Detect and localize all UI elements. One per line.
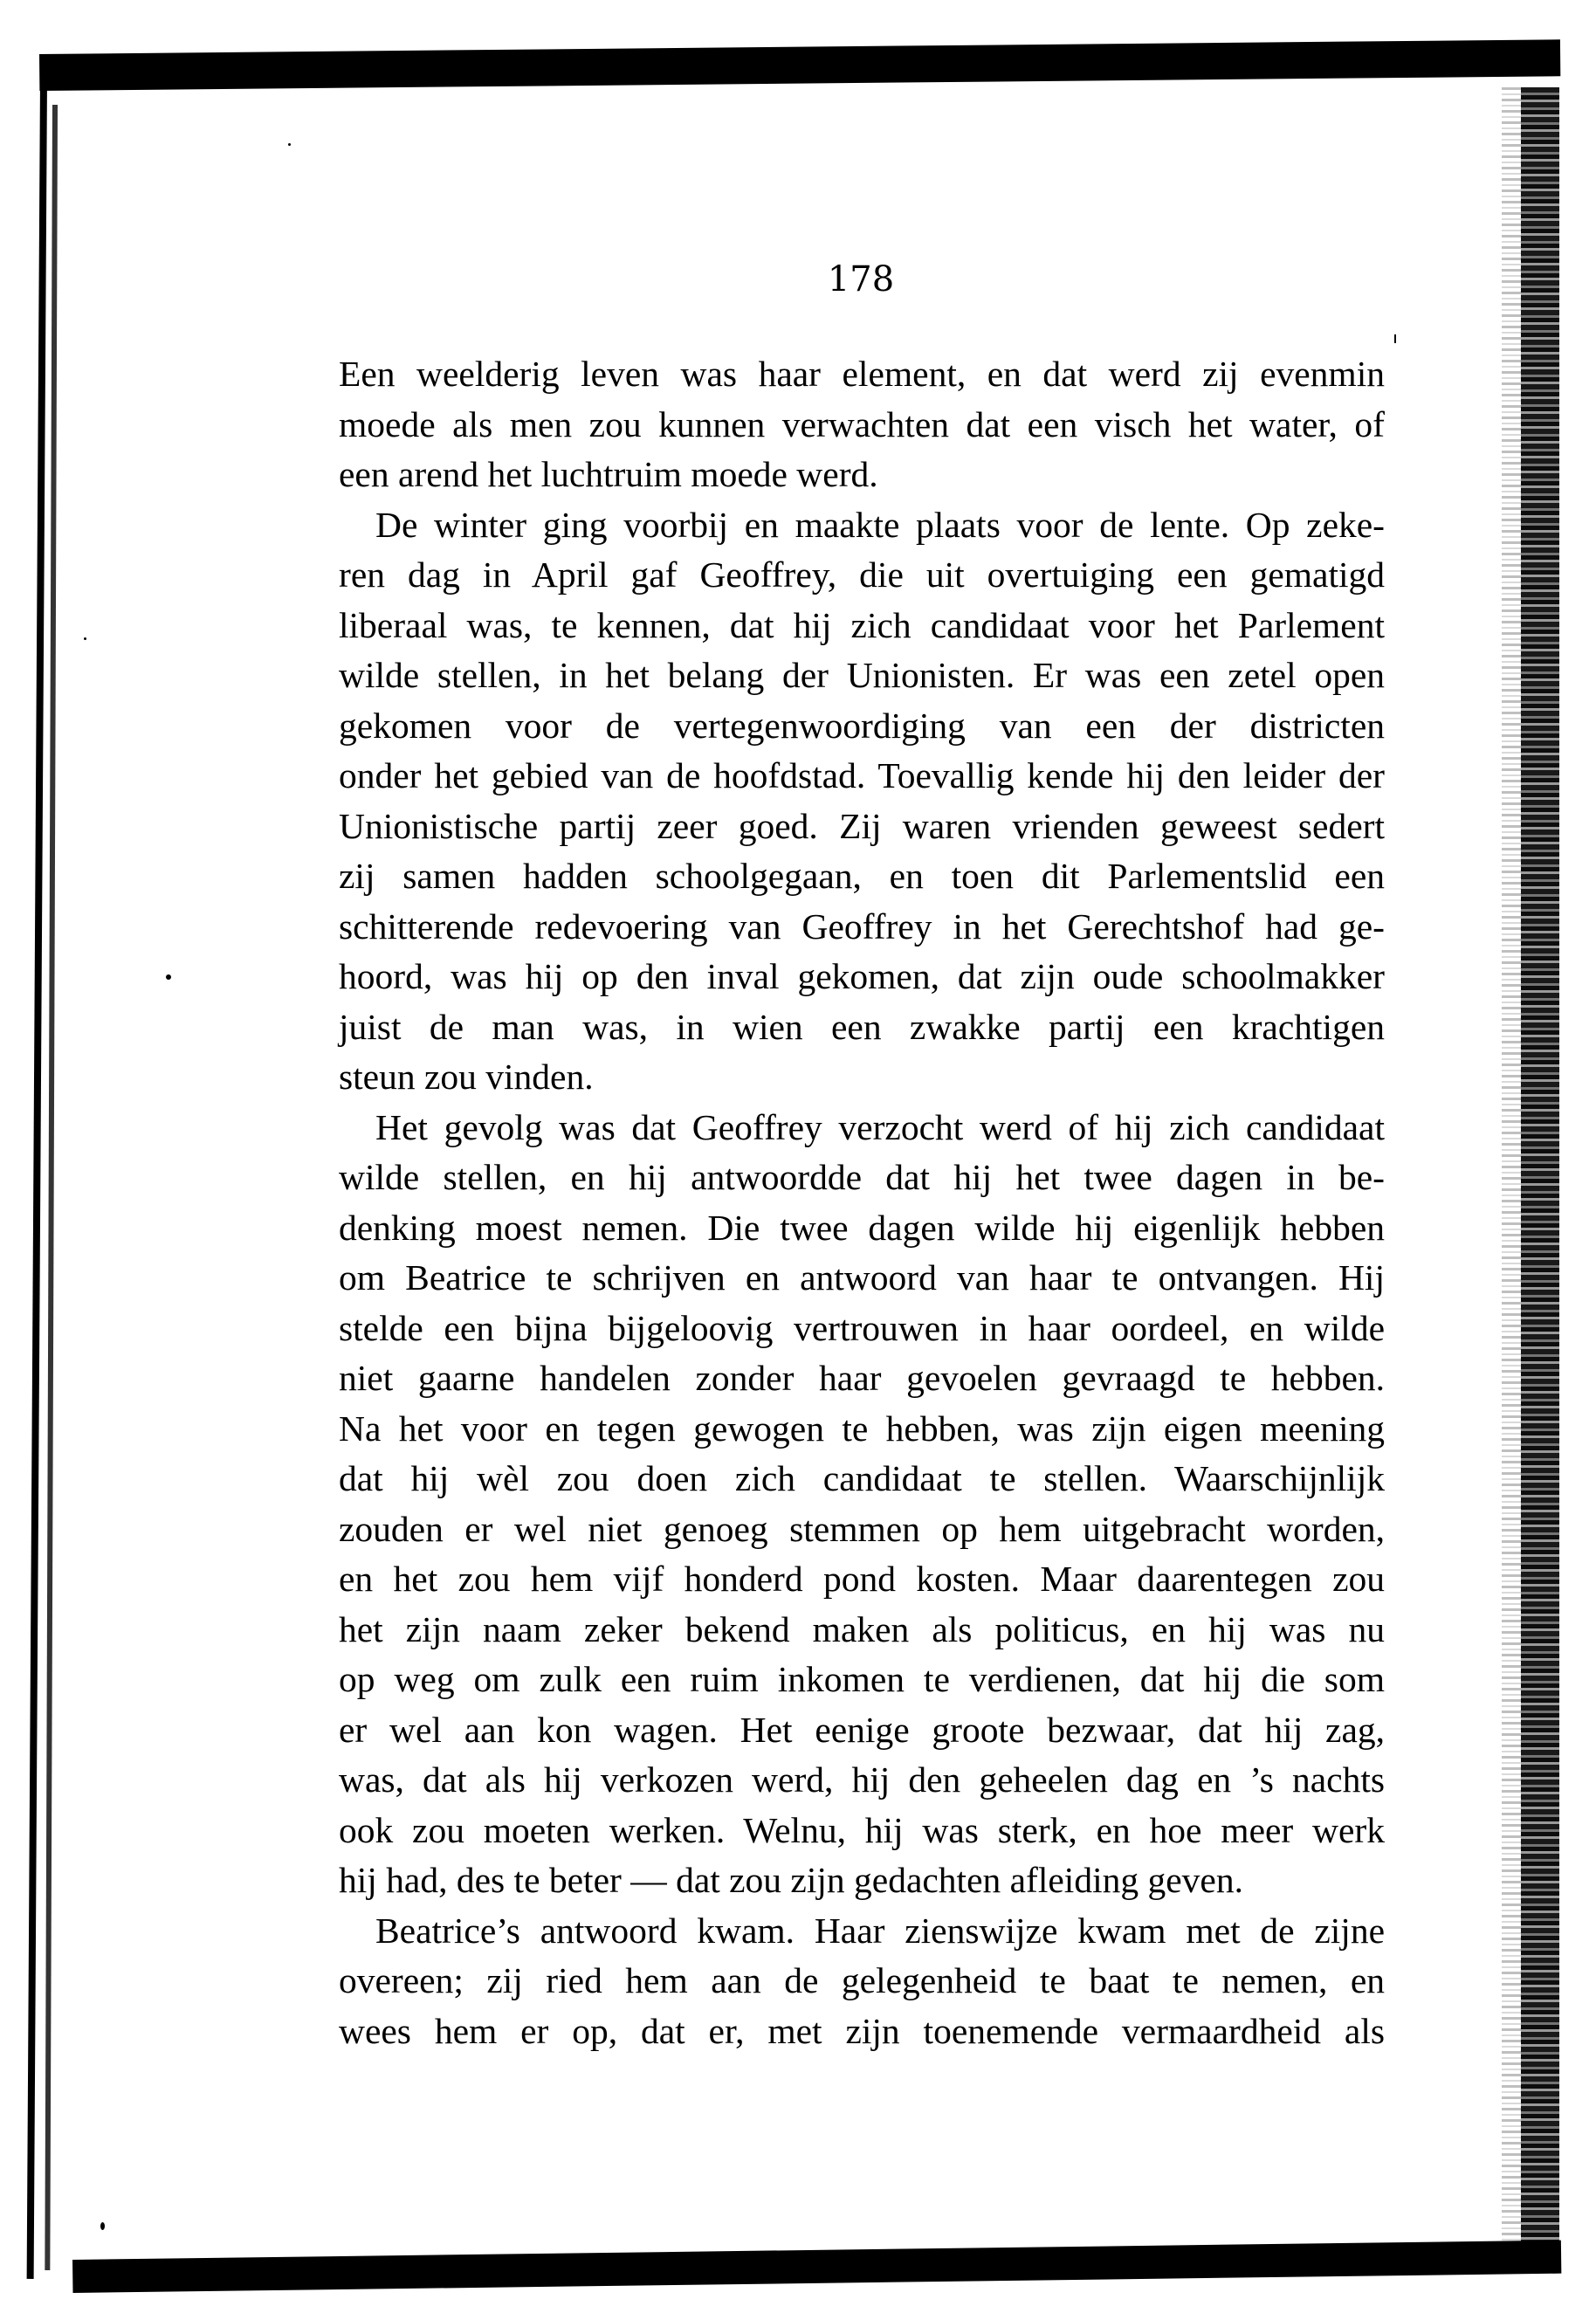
page-number: 178 (0, 262, 1596, 297)
text-line: en het zou hem vijf honderd pond kosten.… (339, 1554, 1385, 1605)
text-line: een arend het luchtruim moede werd. (339, 450, 1385, 500)
scan-speck (100, 2222, 105, 2230)
text-line: overeen; zij ried hem aan de gelegenheid… (339, 1956, 1385, 2007)
text-line: Na het voor en tegen gewogen te hebben, … (339, 1404, 1385, 1455)
text-line: schitterende redevoering van Geoffrey in… (339, 902, 1385, 953)
scan-speck (84, 637, 86, 640)
text-line: op weg om zulk een ruim inkomen te verdi… (339, 1655, 1385, 1705)
text-line: dat hij wèl zou doen zich candidaat te s… (339, 1454, 1385, 1504)
scan-speck (288, 143, 291, 146)
text-line: ren dag in April gaf Geoffrey, die uit o… (339, 550, 1385, 601)
text-line: hij had, des te beter — dat zou zijn ged… (339, 1855, 1385, 1906)
text-line: juist de man was, in wien een zwakke par… (339, 1002, 1385, 1053)
text-line: was, dat als hij verkozen werd, hij den … (339, 1755, 1385, 1806)
text-line: wilde stellen, in het belang der Unionis… (339, 651, 1385, 701)
text-line: moede als men zou kunnen verwachten dat … (339, 400, 1385, 451)
body-text: Een weelderig leven was haar element, en… (339, 349, 1385, 2056)
text-line: stelde een bijna bijgeloovig vertrouwen … (339, 1304, 1385, 1354)
scan-border-bottom (72, 2241, 1561, 2293)
text-line: ook zou moeten werken. Welnu, hij was st… (339, 1806, 1385, 1856)
scan-border-top (39, 39, 1560, 91)
text-line: steun zou vinden. (339, 1052, 1385, 1103)
text-line: hoord, was hij op den inval gekomen, dat… (339, 952, 1385, 1002)
text-line: het zijn naam zeker bekend maken als pol… (339, 1605, 1385, 1656)
text-line: Beatrice’s antwoord kwam. Haar zienswijz… (339, 1906, 1385, 1957)
text-line: Een weelderig leven was haar element, en… (339, 349, 1385, 400)
text-line: onder het gebied van de hoofdstad. Toeva… (339, 751, 1385, 802)
text-line: niet gaarne handelen zonder haar gevoele… (339, 1353, 1385, 1404)
scanned-page: 178 Een weelderig leven was haar element… (0, 0, 1596, 2320)
text-line: er wel aan kon wagen. Het eenige groote … (339, 1705, 1385, 1756)
scan-border-left (27, 79, 47, 2279)
scan-border-left-inner (45, 105, 58, 2270)
scan-border-right (1521, 87, 1559, 2272)
text-line: wilde stellen, en hij antwoordde dat hij… (339, 1153, 1385, 1203)
text-line: gekomen voor de vertegenwoordiging van e… (339, 701, 1385, 752)
text-line: zouden er wel niet genoeg stemmen op hem… (339, 1504, 1385, 1555)
text-line: Het gevolg was dat Geoffrey verzocht wer… (339, 1103, 1385, 1153)
text-line: De winter ging voorbij en maakte plaats … (339, 500, 1385, 551)
scan-speck (166, 974, 171, 980)
text-line: denking moest nemen. Die twee dagen wild… (339, 1203, 1385, 1254)
text-line: om Beatrice te schrijven en antwoord van… (339, 1253, 1385, 1304)
text-line: zij samen hadden schoolgegaan, en toen d… (339, 851, 1385, 902)
scan-speck (1394, 334, 1396, 343)
text-line: Unionistische partij zeer goed. Zij ware… (339, 802, 1385, 852)
text-line: wees hem er op, dat er, met zijn toeneme… (339, 2007, 1385, 2057)
text-line: liberaal was, te kennen, dat hij zich ca… (339, 601, 1385, 651)
